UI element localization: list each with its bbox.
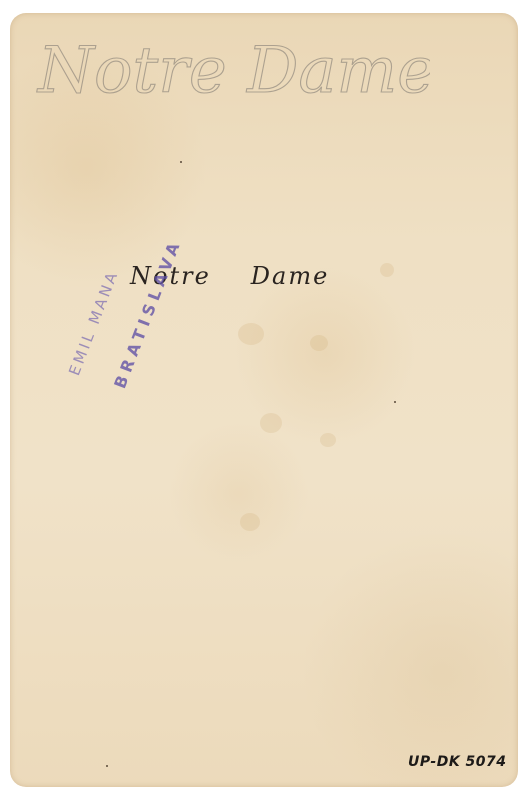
- foxing-spot: [240, 513, 260, 531]
- speck: [180, 161, 182, 163]
- foxing-spot: [260, 413, 282, 433]
- svg-text:Notre Dame: Notre Dame: [36, 34, 430, 108]
- pencil-inscription: Notre Dame: [30, 20, 430, 110]
- speck: [106, 765, 108, 767]
- catalog-number: UP-DK 5074: [408, 754, 507, 770]
- photo-card-back: [10, 13, 518, 787]
- foxing-spot: [310, 335, 328, 351]
- foxing-spot: [380, 263, 394, 277]
- ink-word-dame: Dame: [251, 262, 330, 290]
- foxing-spot: [320, 433, 336, 447]
- foxing-spot: [238, 323, 264, 345]
- speck: [394, 401, 396, 403]
